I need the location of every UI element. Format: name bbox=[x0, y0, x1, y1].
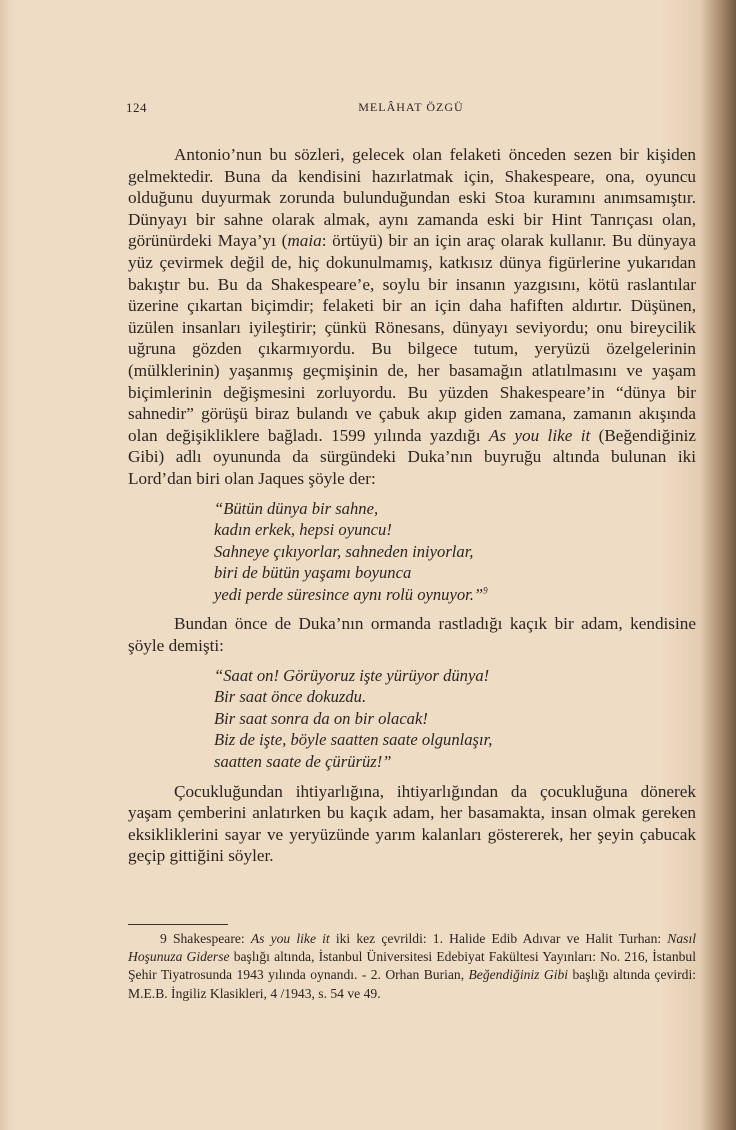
poem-line-text: yedi perde süresince aynı rolü oynuyor.” bbox=[214, 585, 483, 604]
footnote-reference[interactable]: 9 bbox=[483, 585, 488, 595]
body-text: Antonio’nun bu sözleri, gelecek olan fel… bbox=[128, 144, 696, 867]
poem-line: “Bütün dünya bir sahne, bbox=[214, 498, 696, 520]
paragraph-childhood: Çocukluğundan ihtiyarlığına, ihtiyarlığı… bbox=[128, 781, 696, 867]
footnote-divider bbox=[128, 924, 228, 925]
footnote-9: 9 Shakespeare: As you like it iki kez çe… bbox=[128, 930, 696, 1003]
footnote-text: iki kez çevrildi: 1. Halide Edib Adıvar … bbox=[330, 931, 668, 946]
poem-line: Bir saat önce dokuzdu. bbox=[214, 686, 696, 708]
footnote: 9 Shakespeare: As you like it iki kez çe… bbox=[128, 930, 696, 1003]
page-header: 124 MELÂHAT ÖZGÜ bbox=[126, 100, 696, 120]
italic-term-maia: maia bbox=[287, 231, 321, 250]
italic-translation-title: Beğendiğiniz Gibi bbox=[469, 967, 569, 982]
poem-line: “Saat on! Görüyoruz işte yürüyor dünya! bbox=[214, 665, 696, 687]
footnote-number: 9 bbox=[160, 931, 167, 946]
paragraph-fool-intro: Bundan önce de Duka’nın ormanda rastladı… bbox=[128, 613, 696, 656]
book-page: 124 MELÂHAT ÖZGÜ Antonio’nun bu sözleri,… bbox=[0, 0, 736, 1130]
poem-line: Biz de işte, böyle saatten saate olgunla… bbox=[214, 729, 696, 751]
running-title: MELÂHAT ÖZGÜ bbox=[126, 100, 696, 115]
paragraph-antonio: Antonio’nun bu sözleri, gelecek olan fel… bbox=[128, 144, 696, 490]
poem-line: yedi perde süresince aynı rolü oynuyor.”… bbox=[214, 584, 696, 606]
poem-line: biri de bütün yaşamı boyunca bbox=[214, 562, 696, 584]
poem-line: kadın erkek, hepsi oyuncu! bbox=[214, 519, 696, 541]
paragraph-text: : örtüyü) bir an için araç olarak kullan… bbox=[128, 231, 696, 444]
poem-jaques: “Bütün dünya bir sahne, kadın erkek, hep… bbox=[214, 498, 696, 606]
footnote-text: Shakespeare: bbox=[167, 931, 251, 946]
poem-line: Sahneye çıkıyorlar, sahneden iniyorlar, bbox=[214, 541, 696, 563]
poem-line: Bir saat sonra da on bir olacak! bbox=[214, 708, 696, 730]
italic-play-title: As you like it bbox=[251, 931, 330, 946]
poem-fool: “Saat on! Görüyoruz işte yürüyor dünya! … bbox=[214, 665, 696, 773]
poem-line: saatten saate de çürürüz!” bbox=[214, 751, 696, 773]
italic-play-title: As you like it bbox=[489, 426, 590, 445]
